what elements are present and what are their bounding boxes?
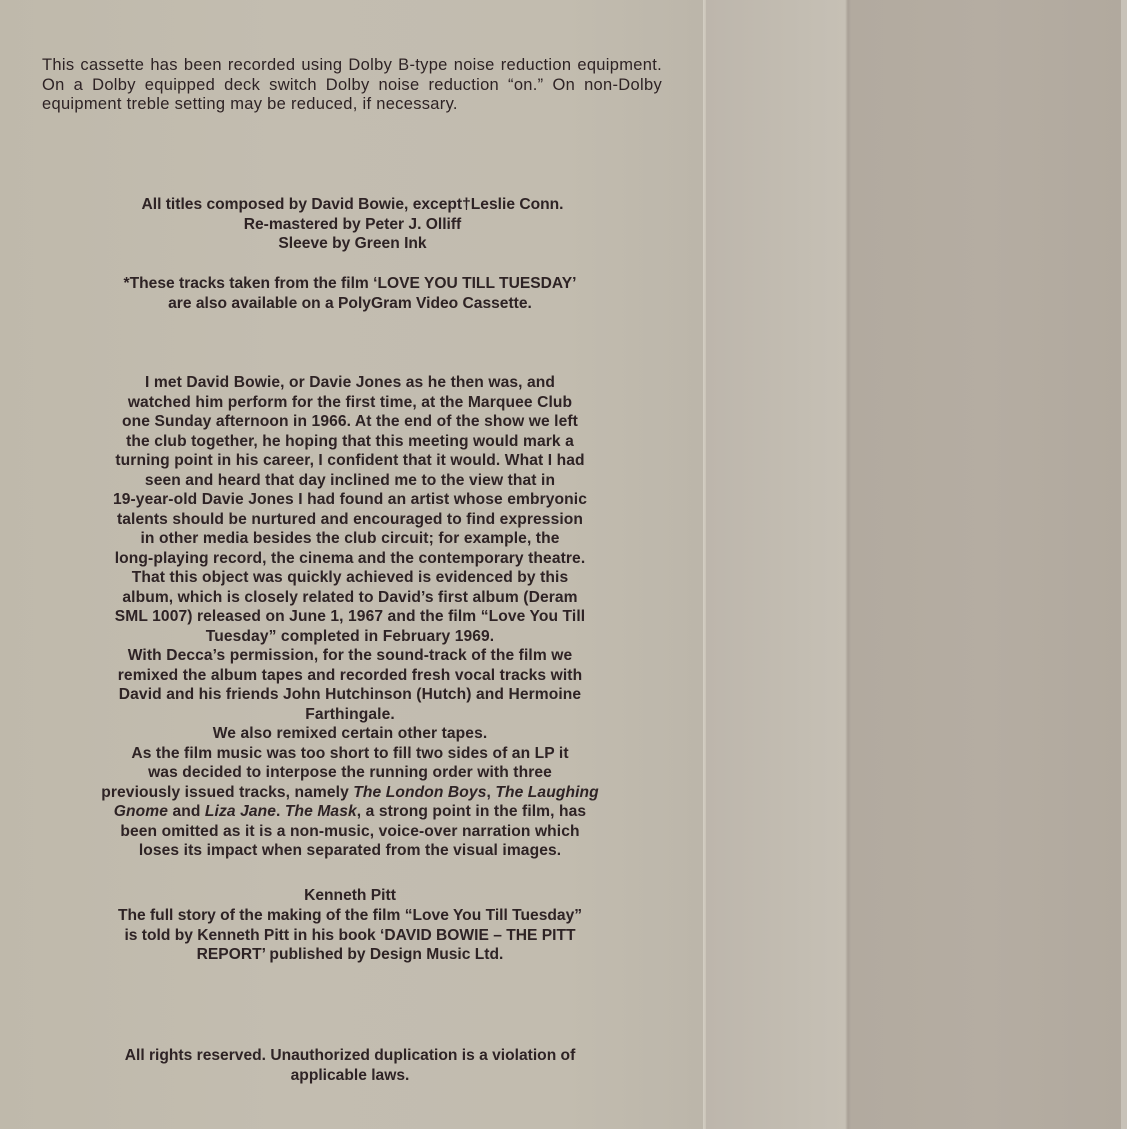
essay-line: the club together, he hoping that this m… [30,432,670,452]
dolby-notice: This cassette has been recorded using Do… [42,56,662,115]
essay-line: remixed the album tapes and recorded fre… [30,666,670,686]
essay-line: SML 1007) released on June 1, 1967 and t… [30,607,670,627]
credits: All titles composed by David Bowie, exce… [40,195,665,254]
film-note: *These tracks taken from the film ‘LOVE … [30,274,670,313]
essay-line: watched him perform for the first time, … [30,393,670,413]
essay-line: I met David Bowie, or Davie Jones as he … [30,373,670,393]
author-signature: Kenneth Pitt [30,886,670,906]
essay-line: turning point in his career, I confident… [30,451,670,471]
essay-line: 19-year-old Davie Jones I had found an a… [30,490,670,510]
book-note-line: REPORT’ published by Design Music Ltd. [30,945,670,965]
essay-line: Gnome and Liza Jane. The Mask, a strong … [30,802,670,822]
rights-notice: All rights reserved. Unauthorized duplic… [30,1046,670,1085]
essay-line: seen and heard that day inclined me to t… [30,471,670,491]
essay-line: Farthingale. [30,705,670,725]
track-title: The London Boys [353,784,486,801]
essay-line: in other media besides the club circuit;… [30,529,670,549]
essay-line: long-playing record, the cinema and the … [30,549,670,569]
insert-edge [1121,0,1127,1129]
rights-line: applicable laws. [30,1066,670,1086]
book-note-line: is told by Kenneth Pitt in his book ‘DAV… [30,926,670,946]
essay-line: With Decca’s permission, for the sound-t… [30,646,670,666]
track-title: The Mask [285,803,357,820]
essay-line: one Sunday afternoon in 1966. At the end… [30,412,670,432]
essay-line: been omitted as it is a non-music, voice… [30,822,670,842]
essay-line: loses its impact when separated from the… [30,841,670,861]
essay-line: was decided to interpose the running ord… [30,763,670,783]
credit-line: Sleeve by Green Ink [40,234,665,254]
film-note-line: *These tracks taken from the film ‘LOVE … [30,274,670,294]
track-title: Liza Jane [205,803,276,820]
essay-line: Tuesday” completed in February 1969. [30,627,670,647]
rights-line: All rights reserved. Unauthorized duplic… [30,1046,670,1066]
essay-line: talents should be nurtured and encourage… [30,510,670,530]
essay-line: We also remixed certain other tapes. [30,724,670,744]
track-title: Gnome [114,803,168,820]
insert-spine-panel [706,0,846,1129]
track-title: The Laughing [495,784,598,801]
film-note-line: are also available on a PolyGram Video C… [30,294,670,314]
book-note-line: The full story of the making of the film… [30,906,670,926]
credit-line: All titles composed by David Bowie, exce… [40,195,665,215]
liner-notes-essay: I met David Bowie, or Davie Jones as he … [30,373,670,861]
essay-line: previously issued tracks, namely The Lon… [30,783,670,803]
credit-line: Re-mastered by Peter J. Olliff [40,215,665,235]
book-note: The full story of the making of the film… [30,906,670,965]
essay-line: That this object was quickly achieved is… [30,568,670,588]
essay-line: As the film music was too short to fill … [30,744,670,764]
essay-line: album, which is closely related to David… [30,588,670,608]
essay-line: David and his friends John Hutchinson (H… [30,685,670,705]
insert-flap-panel [851,0,1121,1129]
